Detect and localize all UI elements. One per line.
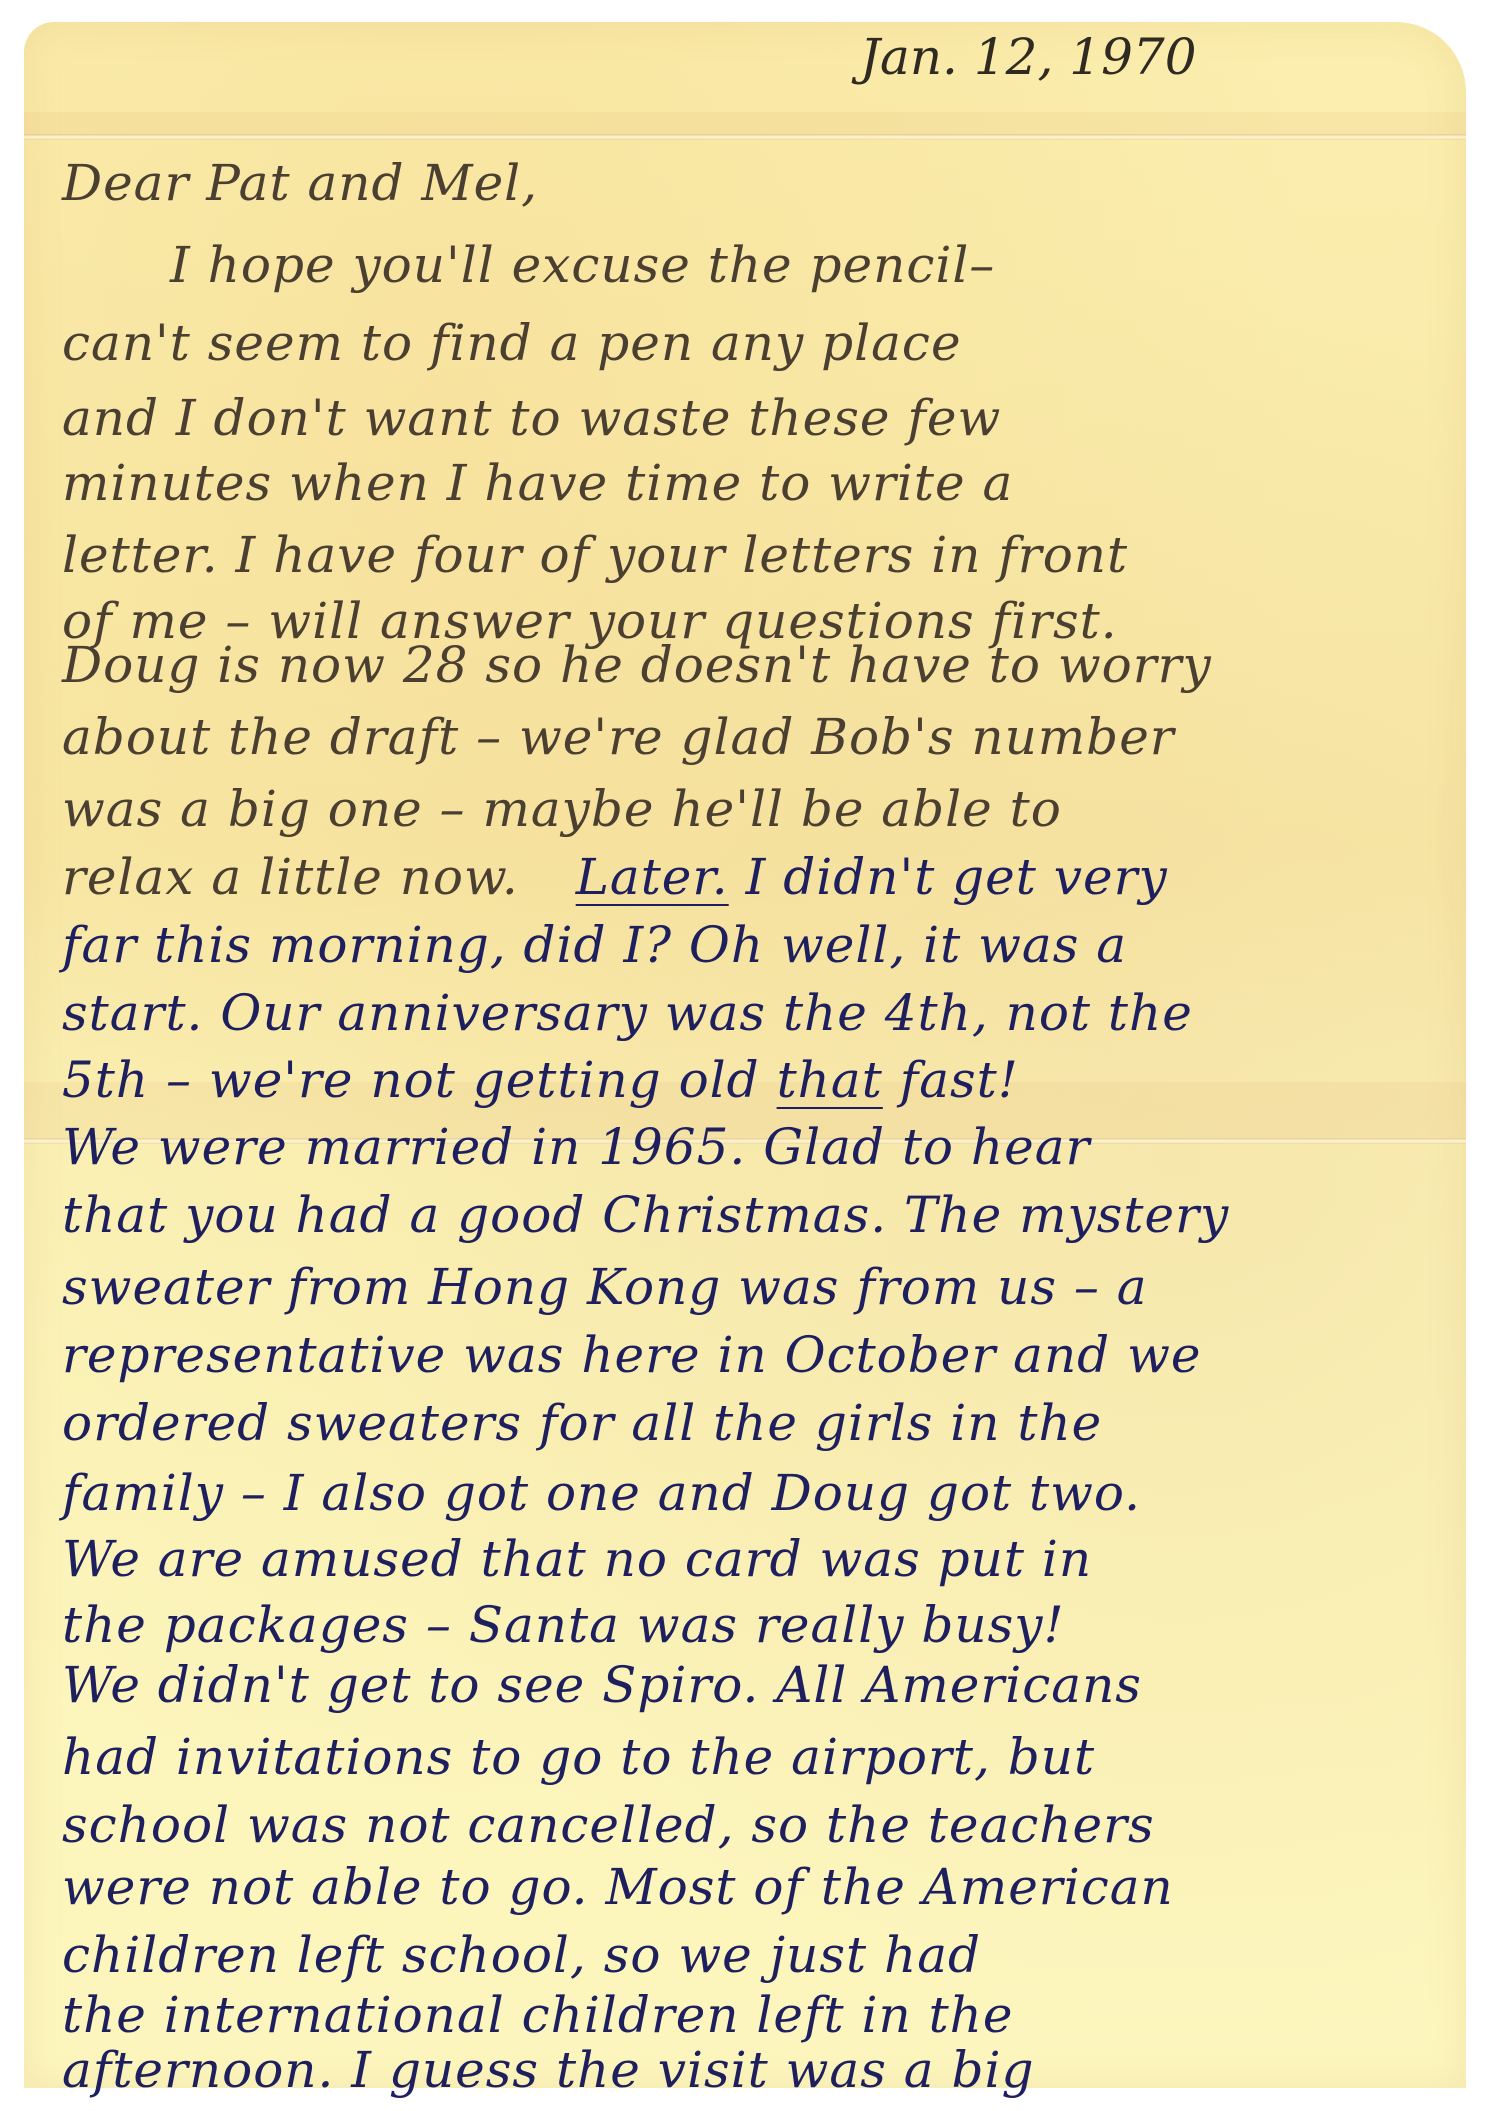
letter-line: ordered sweaters for all the girls in th… — [62, 1398, 1102, 1448]
fold-crease-top — [24, 134, 1466, 140]
letter-line-mixed: relax a little now. Later. I didn't get … — [62, 852, 1168, 902]
pencil-text: relax a little now. — [62, 848, 519, 906]
letter-line: were not able to go. Most of the America… — [62, 1862, 1174, 1912]
later-underlined: Later. — [576, 848, 729, 906]
letter-line: We are amused that no card was put in — [62, 1534, 1092, 1584]
letter-line: afternoon. I guess the visit was a big — [62, 2045, 1034, 2095]
letter-line: about the draft – we're glad Bob's numbe… — [62, 712, 1175, 762]
letter-line-mixed: 5th – we're not getting old that fast! — [62, 1055, 1019, 1105]
that-underlined: that — [777, 1051, 883, 1109]
letter-line: was a big one – maybe he'll be able to — [62, 784, 1062, 834]
letter-line: and I don't want to waste these few — [62, 393, 1001, 443]
letter-line: family – I also got one and Doug got two… — [62, 1468, 1141, 1518]
letter-line: representative was here in October and w… — [62, 1330, 1201, 1380]
letter-line: sweater from Hong Kong was from us – a — [62, 1262, 1148, 1312]
letter-line: had invitations to go to the airport, bu… — [62, 1732, 1095, 1782]
letter-line: can't seem to find a pen any place — [62, 318, 962, 368]
salutation: Dear Pat and Mel, — [62, 158, 538, 208]
letter-line: school was not cancelled, so the teacher… — [62, 1800, 1155, 1850]
letter-line: I hope you'll excuse the pencil– — [170, 240, 995, 290]
letter-line: minutes when I have time to write a — [62, 458, 1013, 508]
letter-line: We were married in 1965. Glad to hear — [62, 1122, 1090, 1172]
letter-line: far this morning, did I? Oh well, it was… — [62, 920, 1127, 970]
letter-line: children left school, so we just had — [62, 1930, 981, 1980]
letter-line: letter. I have four of your letters in f… — [62, 530, 1128, 580]
letter-date: Jan. 12, 1970 — [860, 28, 1197, 86]
letter-line: the international children left in the — [62, 1990, 1013, 2040]
letter-line: start. Our anniversary was the 4th, not … — [62, 988, 1193, 1038]
letter-line: that you had a good Christmas. The myste… — [62, 1190, 1229, 1240]
ink-text: 5th – we're not getting old — [62, 1051, 760, 1109]
ink-text: fast! — [883, 1051, 1019, 1109]
letter-line: the packages – Santa was really busy! — [62, 1600, 1065, 1650]
letter-line: Doug is now 28 so he doesn't have to wor… — [62, 640, 1212, 690]
letter-line: We didn't get to see Spiro. All American… — [62, 1660, 1142, 1710]
ink-text: I didn't get very — [729, 848, 1168, 906]
